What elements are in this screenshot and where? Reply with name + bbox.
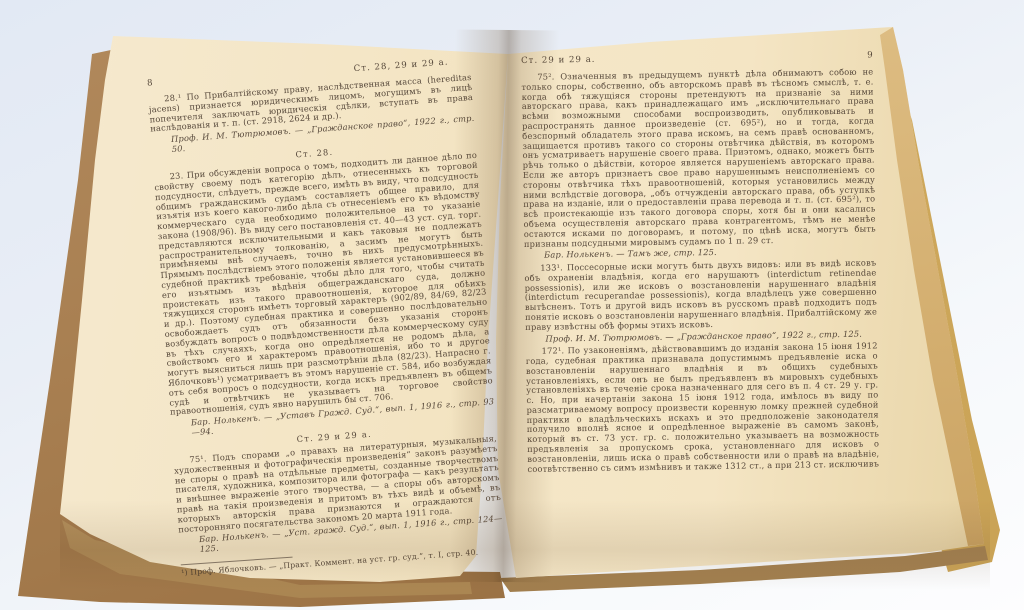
- text-block-para: 133¹. Поссесорные иски могутъ быть двухъ…: [524, 258, 877, 332]
- left-page-number: 8: [147, 78, 154, 88]
- text-block-para: 172¹. По узаконеніямъ, дѣйствовавшимъ до…: [526, 342, 880, 475]
- right-running-header: Ст. 29 и 29 а.: [521, 55, 596, 66]
- text-block-para: 23. При обсужденіи вопроса о томъ, подхо…: [153, 151, 493, 418]
- right-page-text: Ст. 29 и 29 а. 9 75². Означенныя въ пред…: [521, 50, 880, 475]
- book-photo: 8 Ст. 28, 29 и 29 а. 28.¹ По Прибалтійск…: [0, 0, 1024, 610]
- right-page-number: 9: [867, 50, 873, 60]
- left-page-blocks: 28.¹ По Прибалтійскому праву, наслѣдстве…: [148, 73, 505, 577]
- left-page-text: 8 Ст. 28, 29 и 29 а. 28.¹ По Прибалтійск…: [147, 56, 505, 578]
- text-block-para: 75². Означенныя въ предыдущемъ пунктѣ дѣ…: [521, 67, 876, 249]
- right-page-blocks: 75². Означенныя въ предыдущемъ пунктѣ дѣ…: [521, 67, 879, 474]
